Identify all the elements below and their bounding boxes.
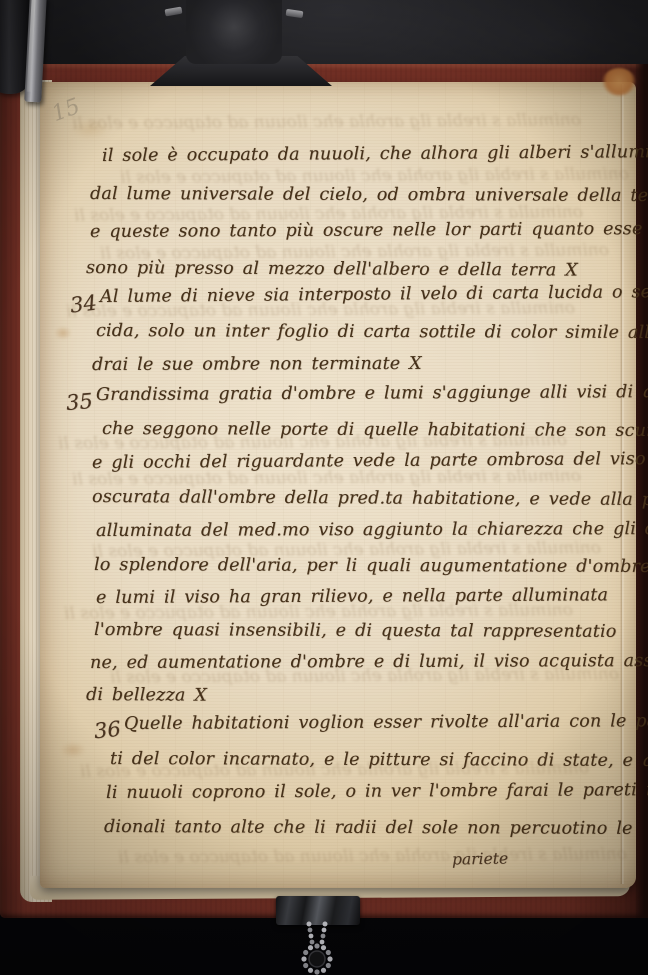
text-line: e lumi il viso ha gran rilievo, e nella … (96, 585, 608, 608)
paragraph-number: 35 (65, 389, 94, 415)
catchword: pariete (452, 850, 508, 869)
text-line: il sole è occupato da nuuoli, che alhora… (102, 142, 648, 166)
text-line: Grandissima gratia d'ombre e lumi s'aggi… (96, 382, 648, 405)
handwritten-text-layer: onimulla s irebla ilg arohla ehc ilouun … (0, 0, 648, 975)
show-through-line: onimulla s irebla ilg arohla ehc ilouun … (118, 844, 627, 868)
text-line: sono più presso al mezzo dell'albero e d… (86, 258, 578, 281)
photo-stage: onimulla s irebla ilg arohla ehc ilouun … (0, 0, 648, 975)
text-line: drai le sue ombre non terminate X (92, 354, 422, 375)
text-line: Quelle habitationi voglion esser rivolte… (124, 711, 648, 734)
text-line: dionali tanto alte che li radii del sole… (104, 817, 633, 839)
text-line: e gli occhi del riguardante vede la part… (92, 449, 648, 473)
top-mount-clip (186, 0, 282, 64)
text-line: dal lume universale del cielo, od ombra … (90, 184, 648, 206)
text-line: e queste sono tanto più oscure nelle lor… (90, 219, 648, 242)
text-line: cida, solo un inter foglio di carta sott… (96, 321, 648, 343)
text-line: che seggono nelle porte di quelle habita… (102, 419, 648, 441)
text-line: oscurata dall'ombre della pred.ta habita… (92, 487, 648, 510)
text-line: ti del color incarnato, e le pitture si … (110, 749, 648, 771)
text-line: l'ombre quasi insensibili, e di questa t… (94, 620, 617, 642)
text-line: alluminata del med.mo viso aggiunto la c… (96, 519, 648, 541)
text-line: di bellezza X (86, 685, 207, 706)
paragraph-number: 36 (93, 717, 122, 744)
text-line: ne, ed aumentatione d'ombre e di lumi, i… (90, 651, 648, 673)
bead-chain-handle-icon (295, 921, 339, 975)
show-through-line: onimulla s irebla ilg arohla ehc ilouun … (72, 110, 581, 134)
text-line: lo splendore dell'aria, per li quali aug… (94, 555, 648, 577)
text-line: li nuuoli coprono il sole, o in ver l'om… (106, 780, 648, 803)
paragraph-number: 34 (69, 290, 98, 317)
